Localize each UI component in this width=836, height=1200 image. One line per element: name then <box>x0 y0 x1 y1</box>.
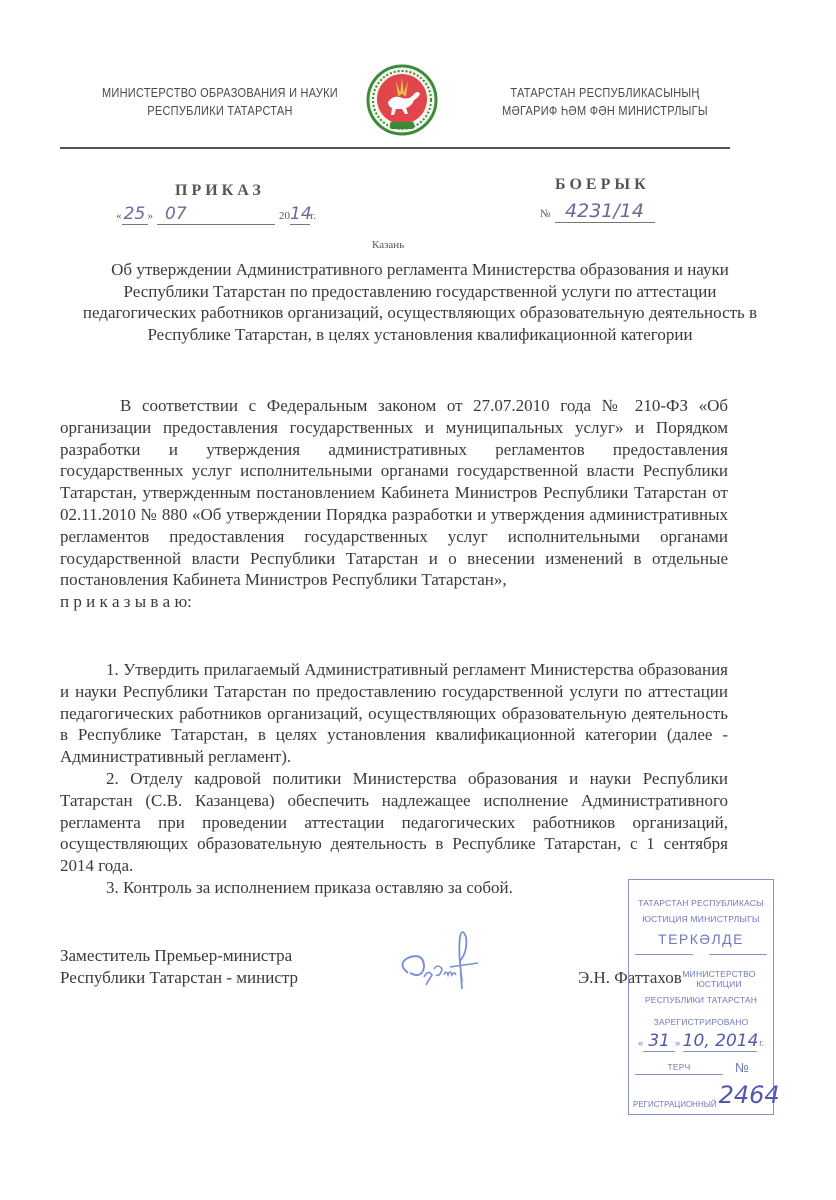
ministry-name-ru-line1: МИНИСТЕРСТВО ОБРАЗОВАНИЯ И НАУКИ <box>62 84 379 102</box>
stamp-reg-number: 2464 <box>719 1081 780 1109</box>
order-date-month: 07 <box>157 204 275 225</box>
order-word: п р и к а з ы в а ю: <box>60 591 728 613</box>
signatory-position-line1: Заместитель Премьер-министра <box>60 945 298 967</box>
stamp-line2: ЮСТИЦИЯ МИНИСТРЛЫГЫ <box>629 914 773 924</box>
signatory-position: Заместитель Премьер-министра Республики … <box>60 945 298 989</box>
stamp-registered-tt: ТЕРКӘЛДЕ <box>629 931 773 947</box>
order-items: 1. Утвердить прилагаемый Административны… <box>60 659 728 899</box>
stamp-terch-label: ТЕРЧ <box>635 1062 723 1075</box>
order-item-2: 2. Отделу кадровой политики Министерства… <box>60 768 728 877</box>
stamp-reg-number-row: РЕГИСТРАЦИОННЫЙ 2464 <box>629 1081 773 1109</box>
handwritten-signature-icon <box>390 925 490 1005</box>
stamp-terch-row: ТЕРЧ № <box>629 1060 773 1075</box>
order-item-1: 1. Утвердить прилагаемый Административны… <box>60 659 728 768</box>
stamp-registered-ru: ЗАРЕГИСТРИРОВАНО <box>629 1017 773 1027</box>
order-number-value: 4231/14 <box>555 200 655 223</box>
stamp-reg-date: «31» 10, 2014 г. <box>629 1031 773 1052</box>
stamp-reg-label: РЕГИСТРАЦИОННЫЙ <box>633 1100 717 1109</box>
ministry-name-ru-line2: РЕСПУБЛИКИ ТАТАРСТАН <box>62 102 379 120</box>
ministry-name-tt-line1: ТАТАРСТАН РЕСПУБЛИКАСЫНЫҢ <box>460 84 750 102</box>
stamp-line1: ТАТАРСТАН РЕСПУБЛИКАСЫ <box>629 898 773 908</box>
preamble-text: В соответствии с Федеральным законом от … <box>60 395 728 591</box>
order-title-tt: БОЕРЫК <box>555 176 650 194</box>
stamp-reg-month-year: 10, 2014 <box>683 1031 757 1052</box>
order-date: «25» 07 2014г. <box>116 204 316 225</box>
stamp-reg-day: 31 <box>643 1031 675 1052</box>
tatarstan-emblem-icon <box>366 64 438 136</box>
ministry-name-tt-line2: МӘГАРИФ ҺӘМ ФӘН МИНИСТРЛЫГЫ <box>460 102 750 120</box>
order-preamble: В соответствии с Федеральным законом от … <box>60 395 728 613</box>
stamp-line4: МИНИСТЕРСТВО ЮСТИЦИИ <box>629 969 773 989</box>
order-city: Казань <box>372 239 404 251</box>
order-subject: Об утверждении Административного регламе… <box>70 259 770 345</box>
order-title-ru: ПРИКАЗ <box>175 182 265 200</box>
order-date-year: 14 <box>290 204 310 225</box>
registration-stamp: ТАТАРСТАН РЕСПУБЛИКАСЫ ЮСТИЦИЯ МИНИСТРЛЫ… <box>628 879 774 1115</box>
stamp-number-label: № <box>735 1060 749 1075</box>
order-number: № 4231/14 <box>540 200 655 223</box>
order-date-day: 25 <box>122 204 148 225</box>
header-divider <box>60 147 730 149</box>
stamp-divider <box>635 954 767 955</box>
stamp-line5: РЕСПУБЛИКИ ТАТАРСТАН <box>629 995 773 1005</box>
ministry-name-ru: МИНИСТЕРСТВО ОБРАЗОВАНИЯ И НАУКИ РЕСПУБЛ… <box>62 84 379 120</box>
ministry-name-tt: ТАТАРСТАН РЕСПУБЛИКАСЫНЫҢ МӘГАРИФ ҺӘМ ФӘ… <box>460 84 750 120</box>
signatory-position-line2: Республики Татарстан - министр <box>60 967 298 989</box>
